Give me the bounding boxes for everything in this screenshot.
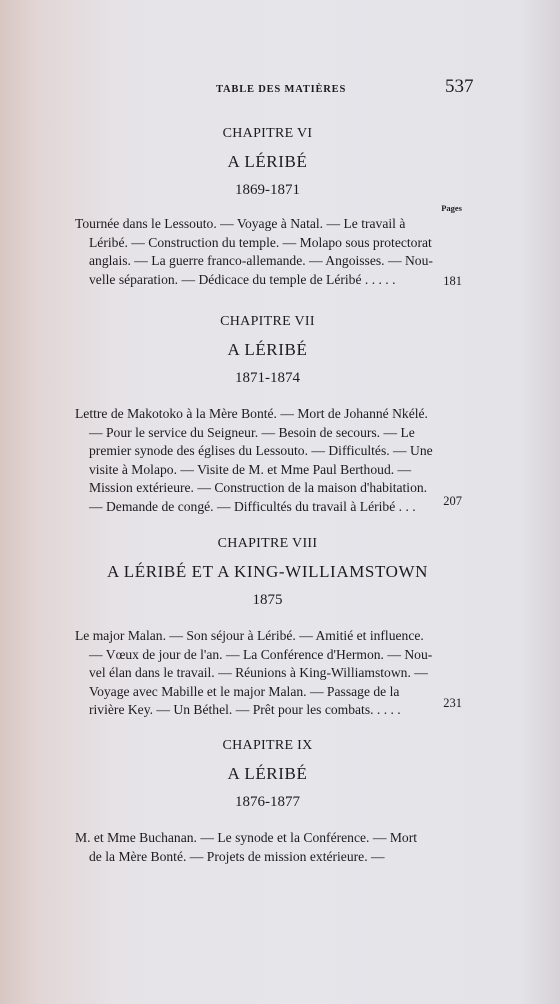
page-number: 537: [445, 76, 474, 98]
summary-line: Le major Malan. — Son séjour à Léribé. —…: [75, 627, 460, 646]
summary-line: — Pour le service du Seigneur. — Besoin …: [75, 424, 460, 443]
chapter-years: 1871-1874: [75, 370, 460, 387]
page-ref: 181: [443, 274, 462, 289]
summary-line: — Demande de congé. — Difficultés du tra…: [75, 498, 460, 517]
page-ref: 207: [443, 494, 462, 509]
chapter-years: 1869-1871: [75, 182, 460, 199]
summary-line: premier synode des églises du Lessouto. …: [75, 442, 460, 461]
summary-line: anglais. — La guerre franco-allemande. —…: [75, 252, 460, 271]
summary-line: velle séparation. — Dédicace du temple d…: [75, 271, 460, 290]
chapter-summary: M. et Mme Buchanan. — Le synode et la Co…: [75, 829, 460, 866]
summary-line: rivière Key. — Un Béthel. — Prêt pour le…: [75, 701, 460, 720]
chapter-title: CHAPITRE VI: [75, 126, 460, 142]
chapter-9: CHAPITRE IX A LÉRIBÉ 1876-1877 M. et Mme…: [75, 738, 460, 866]
summary-line: — Vœux de jour de l'an. — La Conférence …: [75, 646, 460, 665]
chapter-summary: Tournée dans le Lessouto. — Voyage à Nat…: [75, 215, 460, 289]
summary-line: Mission extérieure. — Construction de la…: [75, 479, 460, 498]
summary-line: de la Mère Bonté. — Projets de mission e…: [75, 848, 460, 867]
chapter-title: CHAPITRE IX: [75, 738, 460, 754]
summary-line: Tournée dans le Lessouto. — Voyage à Nat…: [75, 215, 460, 234]
chapter-years: 1875: [75, 592, 460, 609]
chapter-subtitle: A LÉRIBÉ: [75, 340, 460, 360]
page-ref: 231: [443, 696, 462, 711]
chapter-title: CHAPITRE VIII: [75, 536, 460, 552]
running-title: TABLE DES MATIÈRES: [216, 84, 346, 95]
chapter-subtitle: A LÉRIBÉ: [75, 152, 460, 172]
summary-line: Voyage avec Mabille et le major Malan. —…: [75, 683, 460, 702]
chapter-8: CHAPITRE VIII A LÉRIBÉ ET A KING-WILLIAM…: [75, 536, 460, 720]
chapter-subtitle: A LÉRIBÉ: [75, 764, 460, 784]
summary-line: visite à Molapo. — Visite de M. et Mme P…: [75, 461, 460, 480]
chapter-summary: Le major Malan. — Son séjour à Léribé. —…: [75, 627, 460, 720]
chapter-title: CHAPITRE VII: [75, 314, 460, 330]
pages-label: Pages: [441, 203, 462, 213]
summary-line: Lettre de Makotoko à la Mère Bonté. — Mo…: [75, 405, 460, 424]
chapter-summary: Lettre de Makotoko à la Mère Bonté. — Mo…: [75, 405, 460, 517]
summary-line: M. et Mme Buchanan. — Le synode et la Co…: [75, 829, 460, 848]
book-page: TABLE DES MATIÈRES 537 CHAPITRE VI A LÉR…: [0, 0, 560, 1004]
summary-line: Léribé. — Construction du temple. — Mola…: [75, 234, 460, 253]
chapter-6: CHAPITRE VI A LÉRIBÉ 1869-1871 Pages Tou…: [75, 126, 460, 289]
chapter-years: 1876-1877: [75, 794, 460, 811]
chapter-7: CHAPITRE VII A LÉRIBÉ 1871-1874 Lettre d…: [75, 314, 460, 517]
summary-line: vel élan dans le travail. — Réunions à K…: [75, 664, 460, 683]
chapter-subtitle: A LÉRIBÉ ET A KING-WILLIAMSTOWN: [75, 562, 460, 582]
